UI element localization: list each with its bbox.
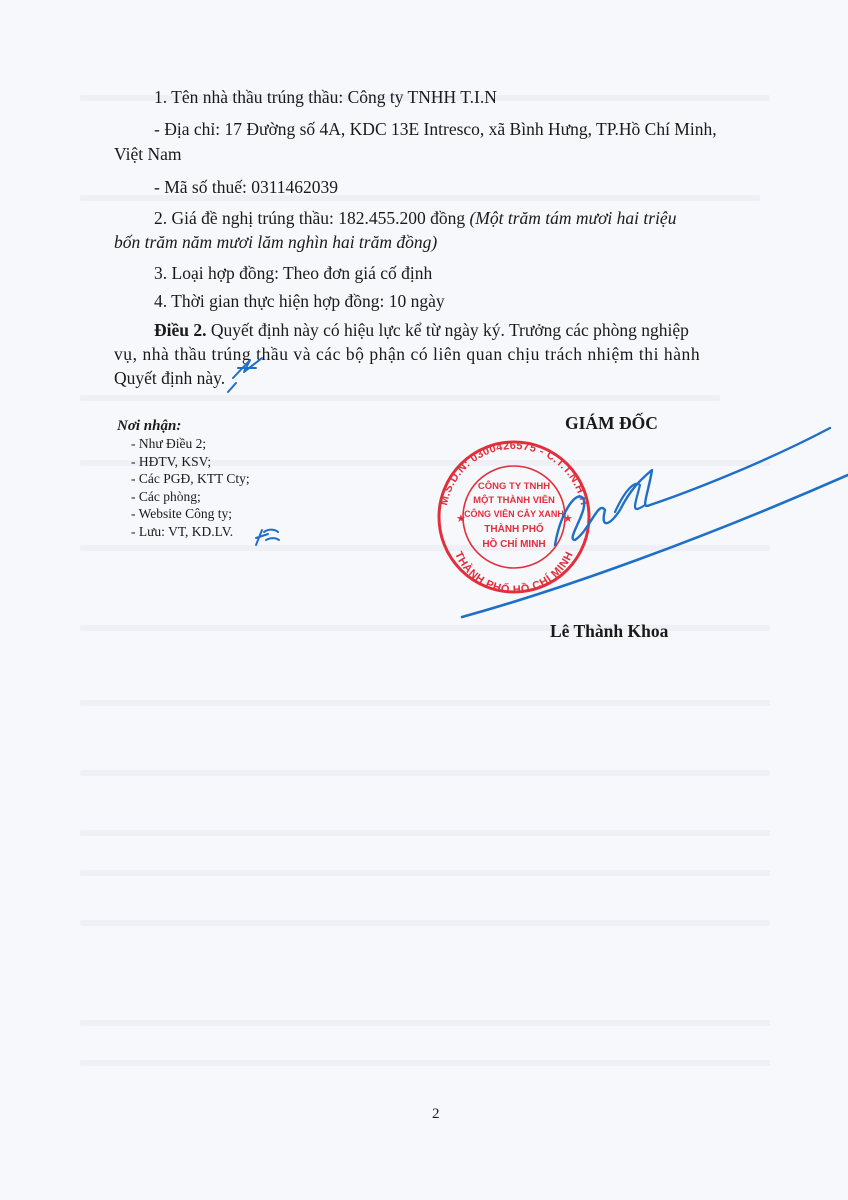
svg-text:THÀNH PHỐ HỒ CHÍ MINH: THÀNH PHỐ HỒ CHÍ MINH <box>452 550 576 597</box>
signature-overlay: M.S.D.N: 0300426575 - C.T.T.N.H.H THÀNH … <box>0 0 848 1200</box>
document-page: 1. Tên nhà thầu trúng thầu: Công ty TNHH… <box>0 0 848 1200</box>
svg-text:CÔNG TY TNHH: CÔNG TY TNHH <box>478 480 550 492</box>
svg-text:THÀNH PHỐ: THÀNH PHỐ <box>484 521 544 535</box>
company-seal-icon: M.S.D.N: 0300426575 - C.T.T.N.H.H THÀNH … <box>438 440 590 596</box>
svg-text:MỘT THÀNH VIÊN: MỘT THÀNH VIÊN <box>473 494 555 506</box>
svg-text:HỒ CHÍ MINH: HỒ CHÍ MINH <box>482 537 545 550</box>
svg-text:CÔNG VIÊN CÂY XANH: CÔNG VIÊN CÂY XANH <box>464 508 564 519</box>
